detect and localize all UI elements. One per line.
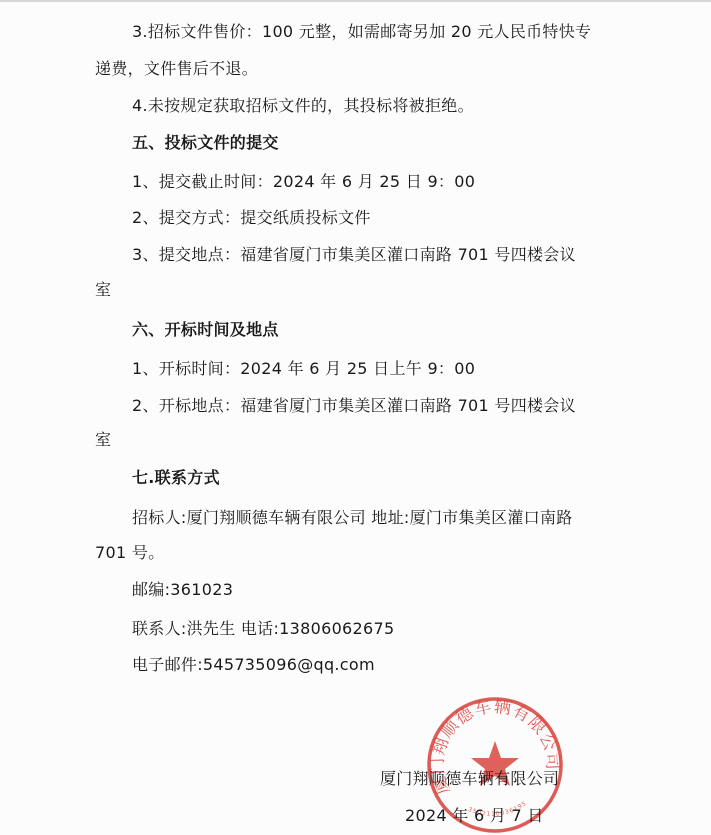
section5-item3: 3、提交地点：福建省厦门市集美区灌口南路 701 号四楼会议 [132, 245, 576, 265]
section5-item3-cont: 室 [95, 280, 111, 300]
section5-item1: 1、提交截止时间：2024 年 6 月 25 日 9：00 [132, 172, 475, 192]
section7-heading: 七.联系方式 [132, 468, 220, 488]
section4-item3-line2: 递费，文件售后不退。 [95, 59, 258, 79]
contact-line: 联系人:洪先生 电话:13806062675 [132, 619, 394, 639]
section4-item4: 4.未按规定获取招标文件的，其投标将被拒绝。 [132, 96, 474, 116]
email-line: 电子邮件:545735096@qq.com [132, 655, 375, 675]
postcode: 邮编:361023 [132, 580, 233, 600]
section4-item3-line1: 3.招标文件售价：100 元整，如需邮寄另加 20 元人民币特快专 [132, 22, 591, 42]
section6-item1: 1、开标时间：2024 年 6 月 25 日上午 9：00 [132, 359, 475, 379]
tenderer-line: 招标人:厦门翔顺德车辆有限公司 地址:厦门市集美区灌口南路 [132, 508, 573, 528]
section6-item2: 2、开标地点：福建省厦门市集美区灌口南路 701 号四楼会议 [132, 396, 576, 416]
document-page: 3.招标文件售价：100 元整，如需邮寄另加 20 元人民币特快专 递费，文件售… [0, 0, 711, 835]
signature-company: 厦门翔顺德车辆有限公司 [380, 769, 559, 789]
section6-item2-cont: 室 [95, 430, 111, 450]
section6-heading: 六、开标时间及地点 [132, 320, 279, 340]
signature-date: 2024 年 6 月 7 日 [405, 806, 544, 826]
tenderer-cont: 701 号。 [95, 543, 164, 563]
section5-heading: 五、投标文件的提交 [132, 133, 279, 153]
section5-item2: 2、提交方式：提交纸质投标文件 [132, 208, 371, 228]
